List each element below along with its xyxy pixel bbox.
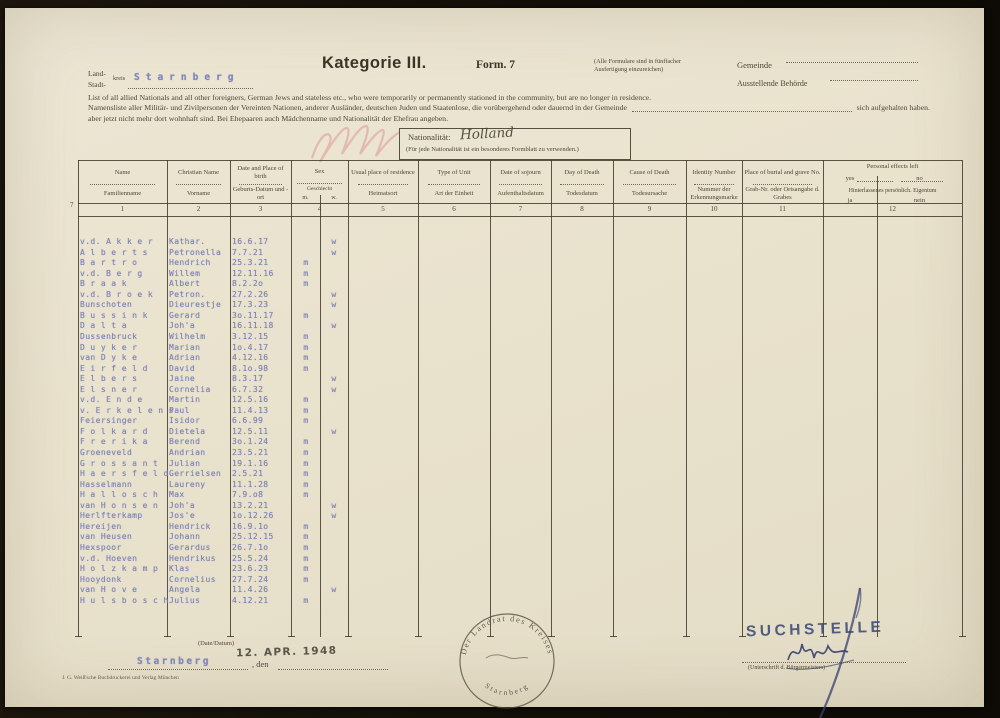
- column-header-en: Cause of Death: [614, 162, 685, 183]
- row-sex-mark: m: [297, 353, 315, 362]
- column-header-de: Hinterlassenes persönlich. Eigentum: [825, 188, 960, 196]
- table-column-foot: [415, 636, 422, 637]
- table-line: [239, 184, 283, 185]
- row-sex-mark: w: [325, 511, 343, 520]
- footer-date-label: (Date/Datum): [180, 640, 252, 647]
- column-header-sub-m: m.: [291, 195, 320, 203]
- row-surname: H o l z k a m p: [80, 564, 168, 573]
- table-column-foot: [683, 636, 690, 637]
- row-birth-date: 13.2.21: [232, 501, 289, 510]
- table-column-line: [418, 160, 419, 637]
- table-line: [176, 184, 221, 185]
- row-birth-date: 12.5.16: [232, 395, 289, 404]
- row-sex-mark: m: [297, 575, 315, 584]
- row-surname: Hexspoor: [80, 543, 168, 552]
- row-given-name: Johann: [169, 532, 230, 541]
- row-surname: Dussenbruck: [80, 332, 168, 341]
- column-header-de: Geburts-Datum und -ort: [231, 186, 290, 201]
- row-surname: v. E r k e l e n s: [80, 406, 168, 415]
- row-sex-mark: m: [297, 448, 315, 457]
- row-surname: E i r f e l d: [80, 364, 168, 373]
- table-column-line: [686, 160, 687, 637]
- column-number: 3: [230, 206, 291, 214]
- table-column-foot: [227, 636, 234, 637]
- row-surname: Hasselmann: [80, 480, 168, 489]
- row-surname: Groeneveld: [80, 448, 168, 457]
- row-birth-date: 11.4.26: [232, 585, 289, 594]
- row-sex-mark: w: [325, 321, 343, 330]
- document-scan: Kategorie III. Form. 7 (Alle Formulare s…: [0, 0, 1000, 718]
- row-given-name: Gerrielsen: [169, 469, 230, 478]
- row-birth-date: 27.2.26: [232, 290, 289, 299]
- row-given-name: Gerard: [169, 311, 230, 320]
- column-header-en: Date and Place of birth: [231, 162, 290, 183]
- row-sex-mark: m: [297, 416, 315, 425]
- row-birth-date: 16.11.18: [232, 321, 289, 330]
- row-sex-mark: w: [325, 374, 343, 383]
- table-column-line: [551, 160, 552, 637]
- column-header-en: Usual place of residence: [349, 162, 417, 183]
- table-column-foot: [610, 636, 617, 637]
- column-header-de: Nummer der Erkennungsmarke: [687, 186, 741, 201]
- column-number: 6: [418, 206, 490, 214]
- row-surname: van H o v e: [80, 585, 168, 594]
- row-birth-date: 3.12.15: [232, 332, 289, 341]
- row-birth-date: 25.12.15: [232, 532, 289, 541]
- column-header-en: Christian Name: [168, 162, 229, 183]
- table-top-border: [78, 160, 962, 162]
- row-surname: H a l l o s c h: [80, 490, 168, 499]
- row-sex-mark: w: [325, 585, 343, 594]
- stamp-bottom-text: Starnberg: [483, 681, 531, 697]
- row-surname: E l s n e r: [80, 385, 168, 394]
- column-header-sub-ja: ja: [823, 197, 877, 205]
- table-line: [428, 184, 480, 185]
- row-sex-mark: w: [325, 501, 343, 510]
- row-surname: F r e r i k a: [80, 437, 168, 446]
- row-sex-mark: m: [297, 279, 315, 288]
- table-line: [753, 184, 811, 185]
- row-given-name: Klas: [169, 564, 230, 573]
- row-given-name: Paul: [169, 406, 230, 415]
- row-given-name: Laureny: [169, 480, 230, 489]
- row-given-name: Petronella: [169, 248, 230, 257]
- row-sex-mark: w: [325, 427, 343, 436]
- row-surname: E l b e r s: [80, 374, 168, 383]
- row-birth-date: 8.3.17: [232, 374, 289, 383]
- row-sex-mark: m: [297, 532, 315, 541]
- row-sex-mark: m: [297, 395, 315, 404]
- row-given-name: Hendrich: [169, 258, 230, 267]
- row-surname: Feiersinger: [80, 416, 168, 425]
- row-given-name: Berend: [169, 437, 230, 446]
- table-column-line: [78, 160, 79, 637]
- row-surname: B a r t r o: [80, 258, 168, 267]
- table-column-foot: [164, 636, 171, 637]
- footer-den-label: , den: [252, 659, 269, 669]
- row-birth-date: 1o.4.17: [232, 343, 289, 352]
- row-given-name: Dietela: [169, 427, 230, 436]
- svg-text:Der Landrat des Kreises: Der Landrat des Kreises: [459, 614, 555, 656]
- row-sex-mark: m: [297, 437, 315, 446]
- row-birth-date: 26.7.1o: [232, 543, 289, 552]
- footer-place-line: [108, 668, 248, 670]
- column-header-de: Familienname: [79, 186, 166, 201]
- row-surname: G r o s s a n t: [80, 459, 168, 468]
- table-line: [297, 183, 342, 184]
- row-given-name: Hendrikus: [169, 554, 230, 563]
- row-given-name: Jos'e: [169, 511, 230, 520]
- row-given-name: Julian: [169, 459, 230, 468]
- row-surname: D u y k e r: [80, 343, 168, 352]
- row-given-name: Julius: [169, 596, 230, 605]
- column-header-en: Sex: [292, 168, 347, 176]
- row-given-name: Joh'a: [169, 321, 230, 330]
- row-surname: B r a a k: [80, 279, 168, 288]
- row-sex-mark: m: [297, 554, 315, 563]
- row-surname: v.d. B r o e k: [80, 290, 168, 299]
- row-given-name: Jaine: [169, 374, 230, 383]
- row-birth-date: 3o.1.24: [232, 437, 289, 446]
- row-surname: H a e r s f e l d: [80, 469, 168, 478]
- row-birth-date: 11.1.28: [232, 480, 289, 489]
- row-birth-date: 8.2.2o: [232, 279, 289, 288]
- row-birth-date: 1o.12.26: [232, 511, 289, 520]
- row-sex-mark: m: [297, 406, 315, 415]
- table-column-foot: [75, 636, 82, 637]
- stamp-inner-scribble: [486, 655, 528, 659]
- row-given-name: Kathar.: [169, 237, 230, 246]
- row-given-name: Dieurestje: [169, 300, 230, 309]
- row-sex-mark: m: [297, 469, 315, 478]
- column-number: 4: [291, 206, 348, 214]
- column-number: 8: [551, 206, 613, 214]
- row-sex-mark: w: [325, 300, 343, 309]
- row-birth-date: 6.6.99: [232, 416, 289, 425]
- row-birth-date: 19.1.16: [232, 459, 289, 468]
- row-sex-mark: m: [297, 564, 315, 573]
- column-header-en: Type of Unit: [419, 162, 489, 183]
- column-header-de: Heimatsort: [349, 186, 417, 201]
- row-birth-date: 7.9.o8: [232, 490, 289, 499]
- table-line: [901, 181, 943, 182]
- column-number: 5: [348, 206, 418, 214]
- row-surname: Hooydonk: [80, 575, 168, 584]
- table-column-line: [230, 160, 231, 637]
- table-column-line: [962, 160, 963, 637]
- row-sex-mark: w: [325, 290, 343, 299]
- column-header-en: Place of burial and grave No.: [743, 162, 822, 183]
- row-surname: v.d. A k k e r: [80, 237, 168, 246]
- table-column-line: [823, 160, 824, 637]
- table-line: [90, 184, 154, 185]
- column-header-de: Grab-Nr. oder Ortsangabe d. Grabes: [743, 186, 822, 201]
- column-number: 1: [78, 206, 167, 214]
- table-line: [560, 184, 605, 185]
- row-given-name: Gerardus: [169, 543, 230, 552]
- row-given-name: Marian: [169, 343, 230, 352]
- row-birth-date: 12.11.16: [232, 269, 289, 278]
- row-given-name: Max: [169, 490, 230, 499]
- row-surname: van D y k e: [80, 353, 168, 362]
- official-round-stamp: Der Landrat des Kreises Starnberg: [452, 606, 562, 716]
- column-header-de: Todesursache: [614, 186, 685, 201]
- table-header-bottom-line: [78, 216, 962, 217]
- table-column-foot: [288, 636, 295, 637]
- row-given-name: Martin: [169, 395, 230, 404]
- table-column-line: [613, 160, 614, 637]
- column-number: 12: [823, 206, 962, 214]
- row-sex-mark: w: [325, 385, 343, 394]
- column-header-en: Identity Number: [687, 162, 741, 183]
- row-birth-date: 3o.11.17: [232, 311, 289, 320]
- column-number: 11: [742, 206, 823, 214]
- row-sex-mark: m: [297, 543, 315, 552]
- column-header-sub-nein: nein: [877, 197, 962, 205]
- row-birth-date: 16.9.1o: [232, 522, 289, 531]
- row-surname: v.d. E n d e: [80, 395, 168, 404]
- row-birth-date: 23.6.23: [232, 564, 289, 573]
- effects-subdivider: [877, 176, 878, 637]
- sex-subdivider: [320, 195, 321, 637]
- row-given-name: Adrian: [169, 353, 230, 362]
- row-sex-mark: m: [297, 490, 315, 499]
- row-birth-date: 7.7.21: [232, 248, 289, 257]
- table-column-line: [291, 160, 292, 637]
- row-sex-mark: m: [297, 596, 315, 605]
- table-column-foot: [959, 636, 966, 637]
- table-line: [857, 181, 893, 182]
- row-surname: Bunschoten: [80, 300, 168, 309]
- row-birth-date: 4.12.16: [232, 353, 289, 362]
- row-surname: B u s s i n k: [80, 311, 168, 320]
- row-given-name: David: [169, 364, 230, 373]
- row-sex-mark: m: [297, 364, 315, 373]
- row-sex-mark: m: [297, 480, 315, 489]
- table-column-foot: [739, 636, 746, 637]
- column-number: 7: [490, 206, 551, 214]
- table-line: [358, 184, 408, 185]
- column-header-de: Aufenthaltsdatum: [491, 186, 550, 201]
- row-given-name: Wilhelm: [169, 332, 230, 341]
- row-surname: Herlfterkamp: [80, 511, 168, 520]
- row-birth-date: 2.5.21: [232, 469, 289, 478]
- row-surname: van H o n s e n: [80, 501, 168, 510]
- row-birth-date: 25.5.24: [232, 554, 289, 563]
- column-number: 9: [613, 206, 686, 214]
- row-given-name: Hendrick: [169, 522, 230, 531]
- row-birth-date: 6.7.32: [232, 385, 289, 394]
- row-surname: H u l s b o s c h: [80, 596, 168, 605]
- row-birth-date: 16.6.17: [232, 237, 289, 246]
- column-header-en: Personal effects left: [825, 163, 960, 171]
- column-number: 10: [686, 206, 742, 214]
- row-surname: Hereijen: [80, 522, 168, 531]
- column-header-de: Art der Einheit: [419, 186, 489, 201]
- row-surname: van Heusen: [80, 532, 168, 541]
- row-sex-mark: m: [297, 258, 315, 267]
- stray-mark: 7: [70, 201, 74, 209]
- footer-den-line: [278, 668, 388, 670]
- column-number: 2: [167, 206, 230, 214]
- row-given-name: Joh'a: [169, 501, 230, 510]
- column-header-sub-w: w.: [320, 195, 348, 203]
- stamp-top-text: Der Landrat des Kreises: [459, 614, 555, 656]
- table-column-foot: [345, 636, 352, 637]
- row-surname: F o l k a r d: [80, 427, 168, 436]
- row-sex-mark: m: [297, 522, 315, 531]
- svg-text:Starnberg: Starnberg: [483, 681, 531, 697]
- row-sex-mark: m: [297, 332, 315, 341]
- row-given-name: Petron.: [169, 290, 230, 299]
- table-line: [623, 184, 676, 185]
- column-header-de: Todesdatum: [552, 186, 612, 201]
- row-given-name: Cornelia: [169, 385, 230, 394]
- table-line: [499, 184, 543, 185]
- row-sex-mark: m: [297, 343, 315, 352]
- row-birth-date: 12.5.11: [232, 427, 289, 436]
- row-given-name: Angela: [169, 585, 230, 594]
- row-birth-date: 4.12.21: [232, 596, 289, 605]
- row-given-name: Willem: [169, 269, 230, 278]
- row-birth-date: 27.7.24: [232, 575, 289, 584]
- row-sex-mark: m: [297, 269, 315, 278]
- table-line: [694, 184, 734, 185]
- printer-imprint: J. G. Weiß'sche Buchdruckerei und Verlag…: [62, 675, 179, 681]
- row-birth-date: 8.1o.98: [232, 364, 289, 373]
- row-birth-date: 11.4.13: [232, 406, 289, 415]
- column-header-de: Geschlecht: [292, 186, 347, 194]
- column-header-en: Name: [79, 162, 166, 183]
- row-birth-date: 17.3.23: [232, 300, 289, 309]
- row-given-name: Cornelius: [169, 575, 230, 584]
- column-header-de: Vorname: [168, 186, 229, 201]
- row-given-name: Albert: [169, 279, 230, 288]
- row-surname: v.d. B e r g: [80, 269, 168, 278]
- row-surname: v.d. Hoeven: [80, 554, 168, 563]
- table-column-line: [490, 160, 491, 637]
- row-sex-mark: m: [297, 311, 315, 320]
- row-sex-mark: w: [325, 237, 343, 246]
- table-column-line: [348, 160, 349, 637]
- footer-place-typed: Starnberg: [137, 656, 211, 667]
- row-given-name: Isidor: [169, 416, 230, 425]
- column-header-en: Day of Death: [552, 162, 612, 183]
- table-column-line: [742, 160, 743, 637]
- row-surname: A l b e r t s: [80, 248, 168, 257]
- row-given-name: Andrian: [169, 448, 230, 457]
- row-sex-mark: m: [297, 459, 315, 468]
- column-header-en: Date of sojourn: [491, 162, 550, 183]
- row-surname: D a l t a: [80, 321, 168, 330]
- row-birth-date: 25.3.21: [232, 258, 289, 267]
- row-sex-mark: w: [325, 248, 343, 257]
- pen-stroke: [808, 586, 872, 718]
- row-birth-date: 23.5.21: [232, 448, 289, 457]
